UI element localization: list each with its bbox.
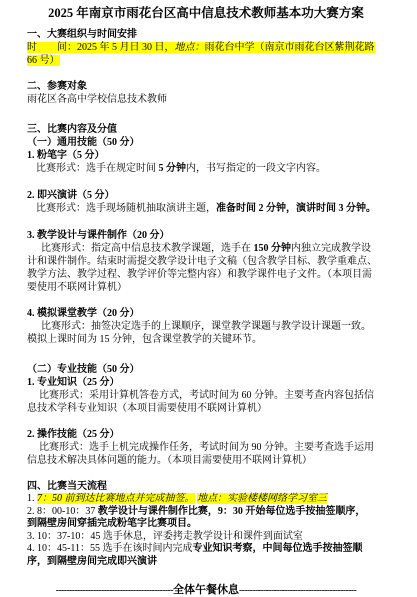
chalk-writing-text: 比赛形式：选手在规定时间 [36,163,159,174]
schedule-item-2-line2: 到隔壁房间穿插完成粉笔字比赛项目。 [27,518,391,531]
subsection-general-skills-heading: （一）通用技能（50 分） [27,136,391,149]
schedule-item-4-activity: 专业知识考察，中间每位选手按抽签顺 [192,543,362,554]
divider-dashes-left: ----------------------------------------… [56,586,173,596]
subsection-professional-skills-heading: （二）专业技能（50 分） [27,363,391,376]
section1-time-location-line2: 66 号） [27,54,391,67]
item-chalk-writing-body: 比赛形式：选手在规定时间 5 分钟内，书写指定的一段文字内容。 [27,162,391,175]
section1-heading: 一、大赛组织与时间安排 [27,28,391,41]
schedule-item-4-line2: 序，到隔壁房间完成即兴演讲 [27,556,391,569]
chalk-writing-duration: 5 分钟 [159,163,187,174]
highlight-arrival-time: 7：50 前到达比赛地点并完成抽签。 [37,493,195,504]
schedule-item-2-activity: 教学设计与课件制作比赛，9：30 开始每位选手按抽签顺序， [98,506,366,517]
section2-body: 雨花区各高中学校信息技术教师 [27,93,391,106]
item-operation-skills-heading: 2. 操作技能（25 分） [27,428,391,441]
section4-heading: 四、比赛当天流程 [27,480,391,493]
chalk-writing-text-end: 内，书写指定的一段文字内容。 [186,163,326,174]
item-impromptu-speech-body: 比赛形式：选手现场随机抽取演讲主题，准备时间 2 分钟，演讲时间 3 分钟。 [27,202,391,215]
lunch-break-label: 全体午餐休息 [173,584,239,596]
teaching-design-line2: 计和课件制作。结束时需提交教学设计电子文稿（包含教学目标、教学重难点、 [27,255,391,268]
document-title: 2025 年南京市雨花台区高中信息技术教师基本功大赛方案 [21,6,391,21]
operation-skills-line2: 信息技术解决具体问题的能力。（本项目需要使用不联网计算机） [27,454,391,467]
schedule-item-3: 3. 10：37-10：45 选手休息，评委拷走教学设计和课件到面试室 [27,531,391,544]
teaching-design-duration: 150 分钟 [254,243,292,254]
speech-durations: 准备时间 2 分钟，演讲时间 3 分钟。 [216,203,376,214]
highlight-location-text: 雨花台中学（南京市雨花台区紫荆花路 [205,42,375,53]
section2-heading: 二、参赛对象 [27,80,391,93]
item-chalk-writing-heading: 1. 粉笔字（5 分） [27,149,391,162]
lunch-break-divider: ----------------------------------------… [21,583,391,597]
item-professional-knowledge-heading: 1. 专业知识（25 分） [27,376,391,389]
teaching-design-text2: 内独立完成教学设 [291,243,371,254]
professional-knowledge-line2: 息技术学科专业知识（本项目需要使用不联网计算机） [27,402,391,415]
highlight-time-text: 时 间：2025 年 5 月日 30 日， [27,42,175,53]
highlight-location-label: 地点： [175,42,205,53]
teaching-design-line1: 比赛形式：指定高中信息技术教学课题，选手在 150 分钟内独立完成教学设 [27,242,391,255]
section3-heading: 三、比赛内容及分值 [27,123,391,136]
schedule-item-1: 1. 7：50 前到达比赛地点并完成抽签。 地点：实验楼楼网络学习室三 [27,493,391,506]
schedule-item-1-number: 1. [27,493,37,504]
mock-classroom-line1: 比赛形式：抽签决定选手的上课顺序，课堂教学课题与教学设计课题一致。 [27,320,391,333]
operation-skills-line1: 比赛形式：选手上机完成操作任务，考试时间为 90 分钟。主要考查选手运用 [27,441,391,454]
document-page: 2025 年南京市雨花台区高中信息技术教师基本功大赛方案 一、大赛组织与时间安排… [0,0,417,597]
section1-time-location-line1: 时 间：2025 年 5 月日 30 日，地点：雨花台中学（南京市雨花台区紫荆花… [27,41,391,54]
schedule-item-2-time: 2. 8：00-10：37 [27,506,98,517]
teaching-design-line4: 要使用不联网计算机） [27,281,391,294]
highlight-address-number: 66 号） [27,55,60,66]
item-mock-classroom-heading: 4. 模拟课堂教学（20 分） [27,307,391,320]
item-impromptu-speech-heading: 2. 即兴演讲（5 分） [27,189,391,202]
teaching-design-text: 比赛形式：指定高中信息技术教学课题，选手在 [41,243,254,254]
mock-classroom-line2: 模拟上课时间为 15 分钟，包含课堂教学的关键环节。 [27,333,391,346]
highlight-draw-location: 地点：实验楼楼网络学习室三 [197,493,327,504]
teaching-design-line3: 教学方法、教学过程、教学评价等完整内容）和教学课件电子文件。（本项目需 [27,268,391,281]
professional-knowledge-line1: 比赛形式：采用计算机答卷方式，考试时间为 60 分钟。主要考查内容包括信 [27,389,391,402]
item-teaching-design-heading: 3. 教学设计与课件制作（20 分） [27,229,391,242]
divider-dashes-right: ----------------------------------------… [239,586,356,596]
schedule-item-4-time: 4. 10：45-11：55 选手在该时间内完成 [27,543,192,554]
schedule-item-2-line1: 2. 8：00-10：37 教学设计与课件制作比赛，9：30 开始每位选手按抽签… [27,506,391,519]
speech-text: 比赛形式：选手现场随机抽取演讲主题， [36,203,216,214]
schedule-item-4-line1: 4. 10：45-11：55 选手在该时间内完成专业知识考察，中间每位选手按抽签… [27,543,391,556]
